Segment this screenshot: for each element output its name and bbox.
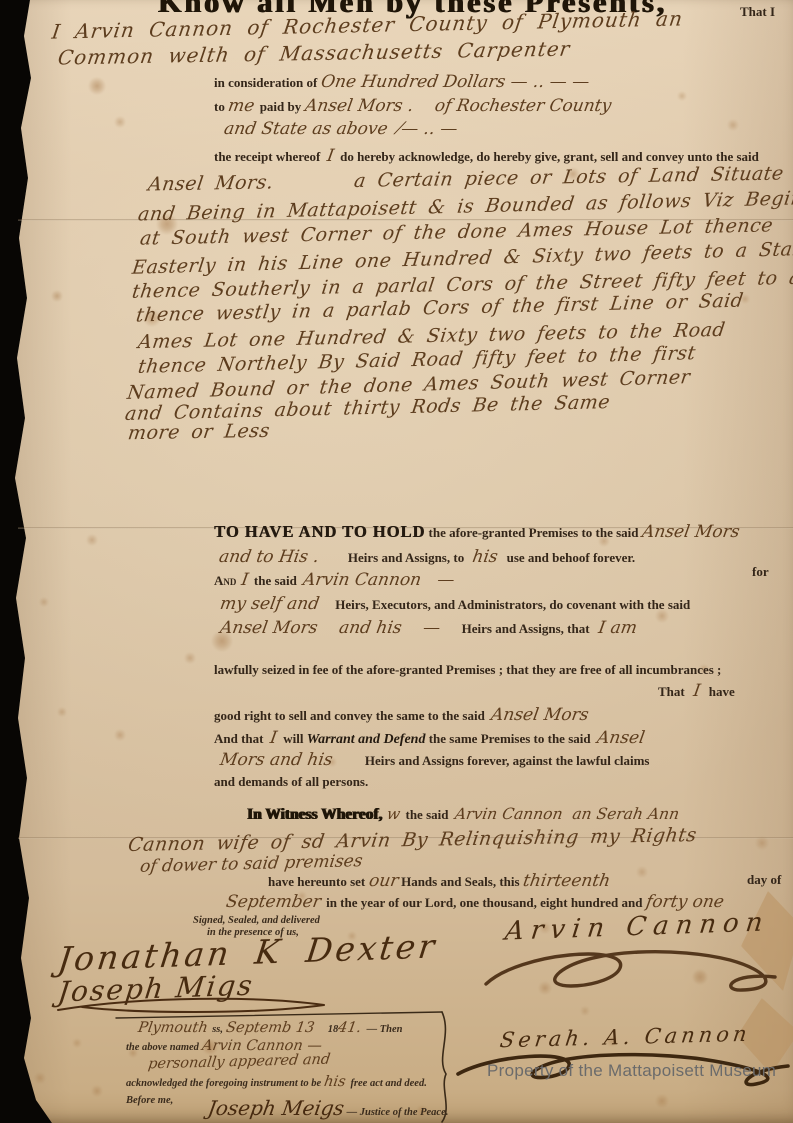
good-right-line: good right to sell and convey the same t… — [214, 706, 589, 725]
text-segment: have hereunto set — [268, 874, 369, 889]
text-segment: to — [214, 99, 228, 114]
consideration-line: in consideration of One Hundred Dollars … — [214, 73, 589, 92]
text-segment: ss, — [212, 1024, 225, 1035]
text-segment: Warrant and Defend — [307, 732, 426, 747]
text-segment: me — [227, 98, 261, 116]
text-segment: Septemb 13 — [224, 1021, 329, 1036]
that-i-have-line: That I have — [658, 682, 735, 701]
day-of-word: day of — [747, 872, 781, 889]
text-segment: his — [323, 1075, 347, 1090]
text-segment: Arvin Cannon an Serah Ann — [454, 806, 681, 822]
text-segment: do hereby acknowledge, do hereby give, g… — [334, 149, 759, 164]
hands-seals-line: have hereunto set our Hands and Seals, t… — [268, 872, 610, 891]
text-segment: That I — [740, 4, 775, 19]
text-segment: I — [235, 572, 255, 590]
and-i-said-line: And I the said Arvin Cannon — — [214, 571, 455, 590]
text-segment: That — [658, 684, 688, 699]
text-segment: day of — [747, 872, 781, 887]
text-segment: the receipt whereof — [214, 149, 327, 164]
text-segment: — Justice of the Peace. — [344, 1107, 448, 1118]
text-segment: will — [277, 731, 307, 746]
text-segment: Heirs and Assigns forever, against the l… — [332, 753, 649, 768]
description-line: more or Less — [128, 422, 270, 444]
text-segment: Joseph Meigs — [206, 1098, 345, 1119]
text-segment: Ansel Mors and his — — [219, 620, 463, 638]
text-segment: the afore-granted Premises to the said — [425, 525, 642, 540]
ack-line-justice: Joseph Meigs — Justice of the Peace. — [208, 1098, 448, 1119]
arvin-signature-flourish — [478, 942, 790, 1004]
text-segment: September — [225, 894, 328, 912]
ack-line: Before me, — [126, 1092, 173, 1107]
text-segment: — Then — [361, 1024, 402, 1035]
text-segment: Hands and Seals, this — [398, 874, 523, 889]
text-segment: In Witness Whereof, — [247, 806, 382, 823]
scanned-deed-document: Know all Men by these Presents, That I I… — [0, 0, 793, 1123]
text-segment: I am — [591, 620, 638, 638]
museum-watermark: Property of the Mattapoisett Museum — [487, 1062, 776, 1081]
text-segment: Ansel Mors . of Rochester County — [303, 98, 612, 116]
text-segment: And — [214, 573, 236, 588]
to-have-line: TO HAVE AND TO HOLD the afore-granted Pr… — [214, 523, 739, 542]
ansel-heirs-line: Ansel Mors and his — Heirs and Assigns, … — [220, 619, 637, 638]
lawfully-line: lawfully seized in fee of the afore-gran… — [214, 662, 721, 679]
text-segment: his — [466, 549, 505, 567]
text-segment: have — [706, 684, 735, 699]
text-segment: and demands of all persons. — [214, 774, 368, 789]
text-segment: One Hundred Dollars — ‥ — — — [319, 74, 590, 92]
paid-by-line: to me paid by Ansel Mors . of Rochester … — [214, 97, 610, 116]
text-segment: the said — [406, 807, 455, 822]
text-segment: in the year of our Lord, one thousand, e… — [326, 895, 646, 910]
text-segment: acknowledged the foregoing instrument to… — [126, 1078, 324, 1089]
myself-line: my self and Heirs, Executors, and Admini… — [220, 595, 690, 614]
text-segment: paid by — [260, 99, 305, 114]
year-line: September in the year of our Lord, one t… — [226, 893, 723, 912]
text-segment: free act and deed. — [345, 1078, 427, 1089]
receipt-line: the receipt whereof I do hereby acknowle… — [214, 147, 759, 166]
text-segment: Heirs and Assigns, to — [319, 550, 468, 565]
text-segment: in consideration of — [214, 75, 321, 90]
text-segment: Ansel — [596, 730, 646, 748]
for-word: for — [752, 564, 769, 581]
state-line: and State as above ⁄— ‥ — — [224, 120, 457, 139]
ack-line: acknowledged the foregoing instrument to… — [126, 1075, 427, 1090]
heirs-assigns-line: and to His . Heirs and Assigns, to his u… — [219, 548, 635, 567]
text-segment: our — [367, 873, 399, 891]
text-segment: Ansel Mors — [490, 707, 590, 725]
witness-line: In Witness Whereof, w the said Arvin Can… — [247, 806, 679, 823]
text-segment: Heirs and Assigns, that — [462, 621, 593, 636]
text-segment: more or Less — [127, 422, 272, 444]
text-segment: Property of the Mattapoisett Museum — [487, 1061, 776, 1080]
text-segment: Plymouth — [137, 1021, 214, 1036]
text-segment: Heirs, Executors, and Administrators, do… — [335, 597, 690, 612]
text-segment: good right to sell and convey the same t… — [214, 708, 491, 723]
text-segment: the same Premises to the said — [425, 731, 597, 746]
ack-line: Plymouth ss, Septemb 13 1841. — Then — [138, 1021, 402, 1036]
text-segment: lawfully seized in fee of the afore-gran… — [214, 662, 721, 677]
text-segment: for — [752, 564, 769, 579]
text-segment: and to His . — [218, 549, 320, 567]
text-segment: the above named — [126, 1042, 202, 1053]
text-segment: Before me, — [126, 1095, 173, 1106]
text-segment: Mors and his — [219, 752, 334, 770]
text-segment: And that — [214, 731, 270, 746]
text-segment: TO HAVE AND TO HOLD — [214, 522, 425, 541]
text-segment: Ansel Mors — [640, 524, 740, 542]
header-that-i: That I — [740, 4, 775, 21]
text-segment: 41. — [337, 1021, 362, 1036]
text-segment: I — [687, 683, 707, 701]
warrant-line: And that I will Warrant and Defend the s… — [214, 729, 645, 748]
text-segment: and State as above ⁄— ‥ — — [223, 121, 459, 139]
demands-line: and demands of all persons. — [214, 774, 368, 791]
mors-heirs-line: Mors and his Heirs and Assigns forever, … — [220, 751, 649, 770]
text-segment: Arvin Cannon — — [302, 572, 456, 590]
text-segment: w — [381, 806, 407, 822]
text-segment: thirteenth — [521, 873, 611, 891]
text-segment: the said — [254, 573, 303, 588]
text-segment: use and behoof forever. — [503, 550, 635, 565]
text-segment: my self and — [219, 596, 337, 614]
